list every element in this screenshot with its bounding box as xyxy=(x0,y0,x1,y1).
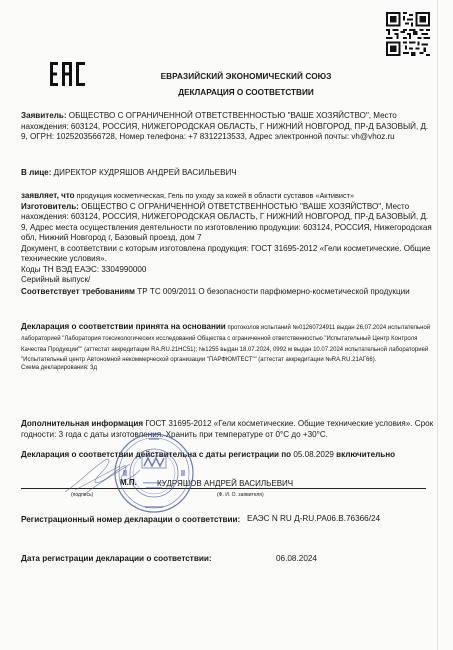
additional-info-label: Дополнительная информация xyxy=(21,419,143,428)
basis-section: Декларация о соответствии принята на осн… xyxy=(21,322,436,373)
document-title: ДЕКЛАРАЦИЯ О СООТВЕТСТВИИ xyxy=(55,88,437,97)
validity-date: 05.08.2029 xyxy=(291,450,336,459)
standard-document: Документ, в соответствии с которым изгот… xyxy=(21,244,436,265)
declaration-scheme: Схема декларирования: 3д xyxy=(21,365,436,373)
basis-label: Декларация о соответствии принята на осн… xyxy=(21,322,226,331)
declares-label: заявляет, что xyxy=(21,191,75,200)
additional-info-section: Дополнительная информация ГОСТ 31695-201… xyxy=(21,419,436,440)
document-header: ЕВРАЗИЙСКИЙ ЭКОНОМИЧЕСКИЙ СОЮЗ ДЕКЛАРАЦИ… xyxy=(0,72,437,97)
union-name: ЕВРАЗИЙСКИЙ ЭКОНОМИЧЕСКИЙ СОЮЗ xyxy=(55,72,437,81)
representative-label: В лице: xyxy=(21,168,51,177)
fio-caption: (Ф. И. О. заявителя) xyxy=(217,492,264,498)
serial-release: Серийный выпуск/ xyxy=(21,275,436,286)
declaration-page: ЕВРАЗИЙСКИЙ ЭКОНОМИЧЕСКИЙ СОЮЗ ДЕКЛАРАЦИ… xyxy=(0,0,453,650)
applicant-section: Заявитель: ОБЩЕСТВО С ОГРАНИЧЕННОЙ ОТВЕТ… xyxy=(21,111,436,143)
representative-section: В лице: ДИРЕКТОР КУДРЯШОВ АНДРЕЙ ВАСИЛЬЕ… xyxy=(21,168,436,179)
registration-date-value: 06.08.2024 xyxy=(276,554,317,563)
conformity-label: Соответствует требованиям xyxy=(21,287,135,296)
registration-date-label: Дата регистрации декларации о соответств… xyxy=(21,554,212,563)
applicant-label: Заявитель: xyxy=(21,111,67,120)
page-edge xyxy=(437,0,438,650)
representative-text: ДИРЕКТОР КУДРЯШОВ АНДРЕЙ ВАСИЛЬЕВИЧ xyxy=(51,168,236,177)
validity-suffix: включительно xyxy=(336,450,395,459)
conformity-text: ТР ТС 009/2011 О безопасности парфюмерно… xyxy=(135,287,410,296)
product-description: продукция косметическая, Гель по уходу з… xyxy=(75,191,354,200)
customs-codes: Коды ТН ВЭД ЕАЭС: 3304990000 xyxy=(21,265,436,276)
registration-number-value: ЕАЭС N RU Д-RU.РА06.В.76366/24 xyxy=(247,514,380,523)
company-stamp-icon xyxy=(113,432,195,514)
manufacturer-label: Изготовитель: xyxy=(21,202,79,211)
applicant-text: ОБЩЕСТВО С ОГРАНИЧЕННОЙ ОТВЕТСТВЕННОСТЬЮ… xyxy=(21,111,428,141)
registration-number-label: Регистрационный номер декларации о соотв… xyxy=(21,515,240,524)
conformity-section: Соответствует требованиям ТР ТС 009/2011… xyxy=(21,287,436,298)
manufacturer-text: ОБЩЕСТВО С ОГРАНИЧЕННОЙ ОТВЕТСТВЕННОСТЬЮ… xyxy=(21,202,432,243)
declares-section: заявляет, что продукция косметическая, Г… xyxy=(21,191,436,286)
qr-code-icon xyxy=(386,12,430,56)
